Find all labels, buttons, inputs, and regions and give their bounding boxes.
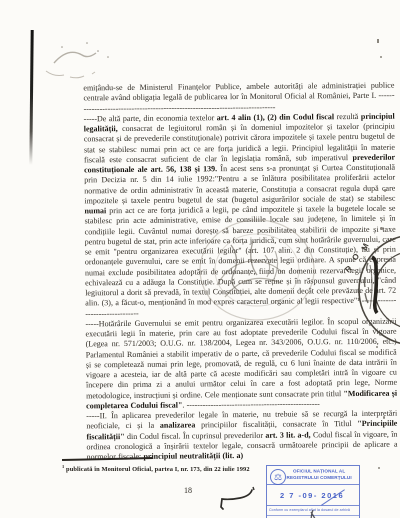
document-body: emițându-se de Ministerul Finanțelor Pub… (83, 81, 397, 463)
onrc-org-line2: REGISTRULUI COMERȚULUI (286, 475, 352, 481)
onrc-divider-middle (267, 505, 359, 506)
scan-speck (383, 416, 385, 419)
scan-binding-line (29, 30, 33, 165)
scan-speck (380, 227, 383, 230)
paragraph-continuation: emițându-se de Ministerul Finanțelor Pub… (83, 81, 394, 114)
onrc-org-name: OFICIUL NAȚIONAL AL REGISTRULUI COMERȚUL… (286, 469, 352, 481)
onrc-divider-top (267, 484, 359, 485)
paragraph-fiscal-principles: -----II. În aplicarea prevederilor legal… (86, 409, 397, 463)
footnote-text: publicată în Monitorul Oficial, partea I… (64, 466, 249, 473)
paragraph-government-decisions: -----Hotărârile Guvernului se emit pentr… (85, 316, 397, 411)
scan-speck (384, 189, 386, 192)
pencil-scribble (40, 35, 130, 90)
scanned-legal-document-page: { "document": { "page_number": "18", "bo… (0, 0, 400, 518)
pen-mark (212, 483, 257, 513)
footnote: 1 publicată în Monitorul Oficial, partea… (62, 464, 282, 473)
onrc-logo-icon: ⚖ (270, 469, 286, 485)
scan-speck (376, 346, 378, 348)
scan-speck (382, 127, 384, 129)
scan-speck (380, 56, 382, 58)
onrc-signature-stroke (303, 510, 323, 518)
onrc-org-line1: OFICIUL NAȚIONAL AL (286, 469, 352, 475)
paragraph-legality-principle: -----De altă parte, din economia textelo… (84, 111, 397, 319)
page-number: 18 (184, 486, 192, 495)
onrc-registry-stamp: ⚖ OFICIUL NAȚIONAL AL REGISTRULUI COMERȚ… (266, 465, 360, 518)
scan-speck (378, 467, 380, 469)
scan-speck (377, 39, 379, 43)
